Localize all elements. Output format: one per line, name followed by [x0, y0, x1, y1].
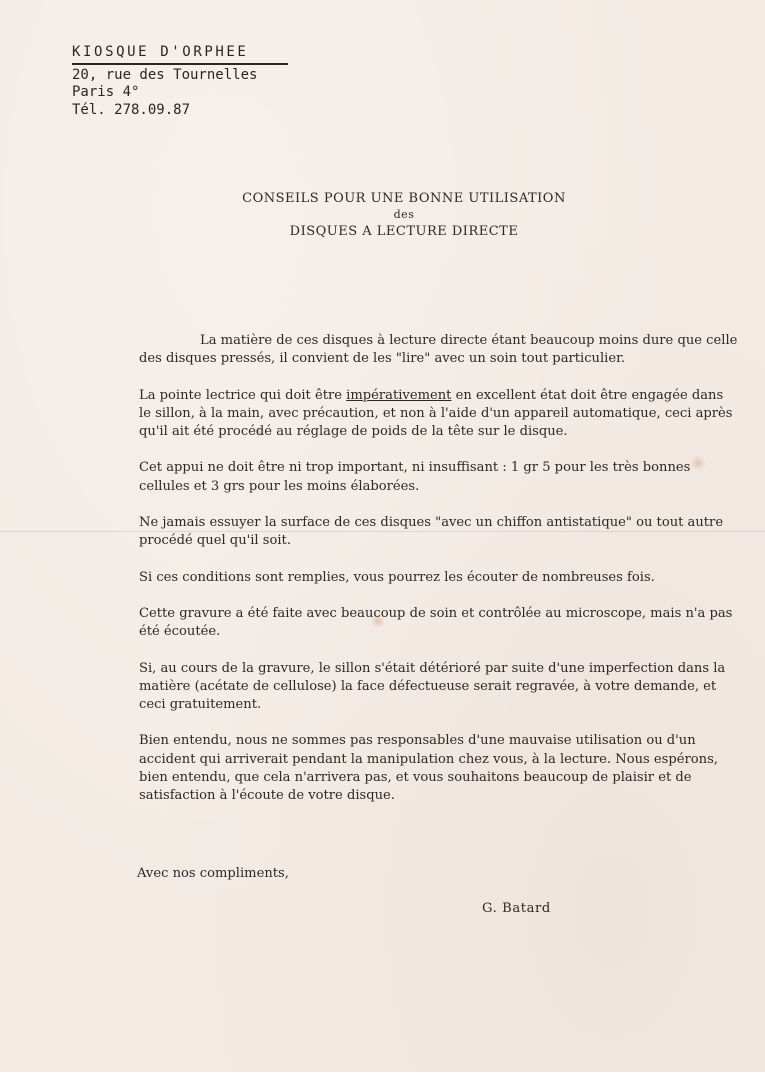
- paragraph-defect: Si, au cours de la gravure, le sillon s'…: [139, 660, 739, 715]
- closing-salutation: Avec nos compliments,: [137, 866, 289, 881]
- title-line-1: CONSEILS POUR UNE BONNE UTILISATION: [0, 190, 765, 207]
- paragraph-material: La matière de ces disques à lecture dire…: [139, 332, 739, 369]
- company-city: Paris 4°: [72, 84, 288, 102]
- paragraph-stylus-start: La pointe lectrice qui doit être: [139, 388, 346, 403]
- document-title: CONSEILS POUR UNE BONNE UTILISATION des …: [0, 190, 765, 240]
- company-phone: Tél. 278.09.87: [72, 102, 288, 120]
- company-address: 20, rue des Tournelles: [72, 67, 288, 85]
- paragraph-conditions: Si ces conditions sont remplies, vous po…: [139, 569, 739, 587]
- paragraph-cleaning: Ne jamais essuyer la surface de ces disq…: [139, 514, 739, 551]
- title-line-2: des: [0, 207, 765, 223]
- signature: G. Batard: [482, 901, 551, 916]
- title-line-3: DISQUES A LECTURE DIRECTE: [0, 223, 765, 240]
- company-name: KIOSQUE D'ORPHEE: [72, 44, 288, 65]
- letter-paper: KIOSQUE D'ORPHEE 20, rue des Tournelles …: [0, 0, 765, 1072]
- paragraph-stylus: La pointe lectrice qui doit être impérat…: [139, 387, 739, 442]
- paragraph-tracking-force: Cet appui ne doit être ni trop important…: [139, 459, 739, 496]
- paragraph-responsibility: Bien entendu, nous ne sommes pas respons…: [139, 732, 739, 805]
- emphasis-imperatively: impérativement: [346, 388, 451, 403]
- letterhead: KIOSQUE D'ORPHEE 20, rue des Tournelles …: [72, 44, 288, 119]
- paragraph-engraving: Cette gravure a été faite avec beaucoup …: [139, 605, 739, 642]
- letter-body: La matière de ces disques à lecture dire…: [139, 332, 739, 824]
